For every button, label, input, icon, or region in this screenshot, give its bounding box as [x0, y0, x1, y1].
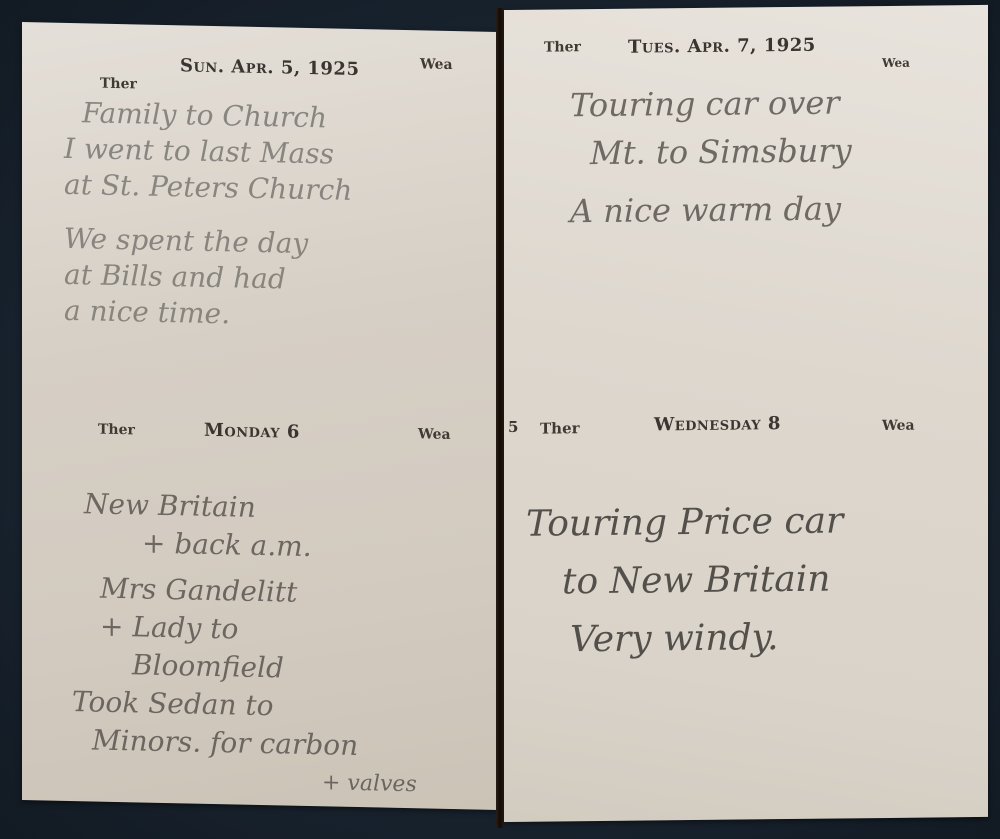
- handwritten-entry-tues: Touring car over Mt. to Simsbury A nice …: [570, 78, 852, 235]
- date-wrap-wed: Wednesday 8: [654, 413, 781, 435]
- wea-label: Wea: [882, 56, 910, 70]
- hand-line: Touring Price car: [526, 492, 843, 553]
- wea-label: Wea: [418, 426, 451, 443]
- hand-line: We spent the day: [64, 221, 352, 263]
- left-page: Ther Sun. Apr. 5, 1925 Wea Family to Chu…: [22, 22, 498, 810]
- ther-label: Ther: [100, 76, 137, 93]
- hand-line: Family to Church: [64, 95, 352, 137]
- ther-wrap-monday: Ther: [98, 422, 135, 439]
- wea-wrap: Wea: [420, 56, 453, 73]
- date-heading: Monday 6: [204, 420, 300, 443]
- date-wrap-tues: Tues. Apr. 7, 1925: [628, 35, 816, 58]
- ther-wrap-wed: Ther: [540, 419, 580, 437]
- hand-line: + back a.m.: [72, 523, 417, 568]
- right-page: Ther Tues. Apr. 7, 1925 Wea Touring car …: [504, 5, 988, 822]
- hand-line: a nice time.: [64, 293, 352, 335]
- wea-label: Wea: [420, 56, 453, 73]
- wea-wrap-monday: Wea: [418, 426, 451, 443]
- date-heading-wrap: Sun. Apr. 5, 1925: [180, 55, 360, 80]
- hand-line: A nice warm day: [570, 184, 852, 235]
- hand-line: Mt. to Simsbury: [570, 126, 852, 177]
- ther-wrap-tues: Ther: [544, 39, 581, 55]
- date-heading: Sun. Apr. 5, 1925: [180, 55, 360, 80]
- hand-line: Minors. for carbon: [72, 721, 417, 766]
- ther-label: Ther: [540, 419, 580, 437]
- hand-line: Touring car over: [570, 78, 852, 129]
- wea-wrap-wed: Wea: [882, 418, 915, 434]
- hand-line: I went to last Mass: [64, 131, 352, 173]
- hand-line: New Britain: [72, 485, 417, 530]
- handwritten-entry-wednesday: Touring Price car to New Britain Very wi…: [526, 492, 843, 669]
- wea-wrap-tues: Wea: [882, 56, 910, 70]
- hand-line: at St. Peters Church: [64, 167, 352, 209]
- wea-label: Wea: [882, 418, 915, 434]
- date-heading: Tues. Apr. 7, 1925: [628, 35, 816, 58]
- handwritten-entry-apr-5: Family to Church I went to last Mass at …: [64, 95, 352, 335]
- header-sun-apr-5: Ther: [100, 76, 137, 93]
- hand-line: Very windy.: [526, 608, 843, 669]
- hand-line: + Lady to: [72, 607, 417, 652]
- ther-label: Ther: [98, 422, 135, 439]
- page-marker: 5: [508, 418, 518, 436]
- book-spine: [496, 8, 504, 828]
- handwritten-entry-monday: New Britain + back a.m. Mrs Gandelitt + …: [72, 485, 417, 804]
- hand-line: at Bills and had: [64, 257, 352, 299]
- hand-line: to New Britain: [526, 550, 843, 611]
- date-wrap-monday: Monday 6: [204, 420, 300, 443]
- hand-line: + valves: [72, 759, 417, 804]
- date-heading: Wednesday 8: [654, 413, 781, 435]
- ther-label: Ther: [544, 39, 581, 55]
